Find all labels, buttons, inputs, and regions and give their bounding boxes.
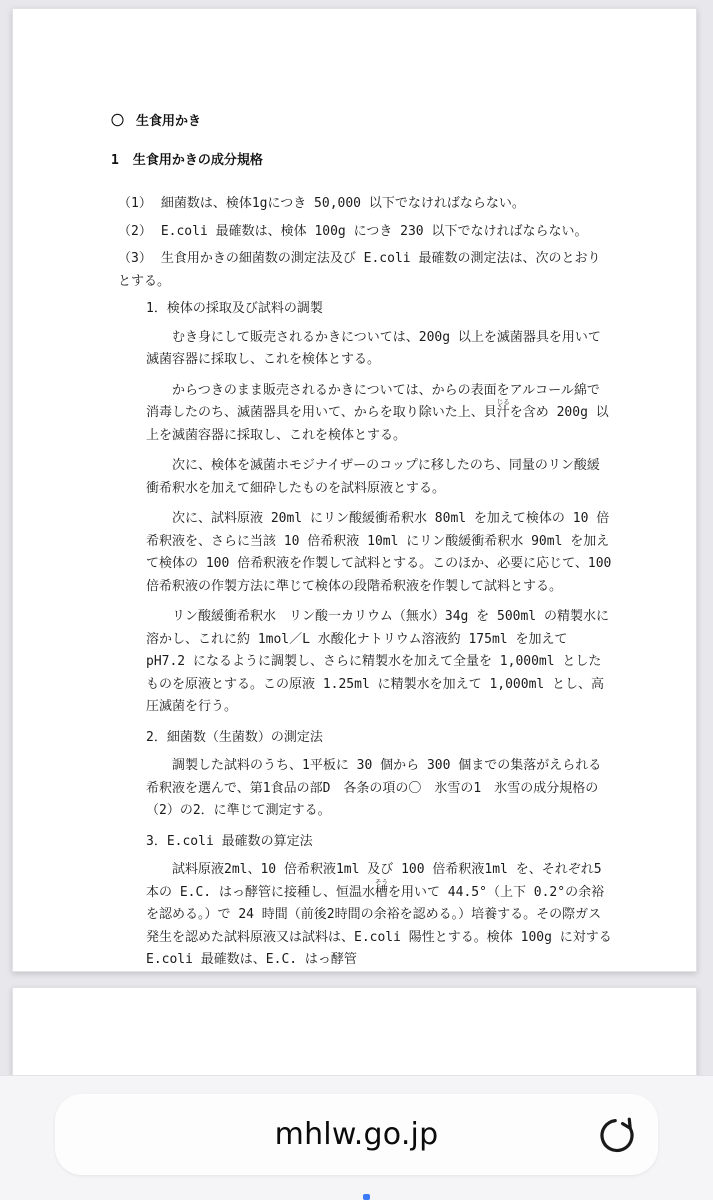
document-body: 〇生食用かき 1生食用かきの成分規格 （1）細菌数は、検体1gにつき 50,00…: [111, 111, 612, 980]
paragraph: からつきのまま販売されるかきについては、からの表面をアルコール綿で消毒したのち、…: [146, 380, 612, 448]
section-title: 生食用かきの成分規格: [133, 153, 263, 168]
ruby-text: じる: [497, 398, 510, 406]
url-text[interactable]: mhlw.go.jp: [275, 1117, 439, 1152]
subsection-heading-3: 3．E.coli 最確数の算定法: [146, 831, 612, 854]
circle-mark: 〇: [111, 114, 124, 129]
item-label: （3）: [118, 251, 152, 266]
paragraph: 次に、検体を滅菌ホモジナイザーのコップに移したのち、同量のリン酸緩衝希釈水を加え…: [146, 455, 612, 500]
safari-reload-icon: [595, 1112, 641, 1158]
subsection-heading-1: 1．検体の採取及び試料の調製: [146, 298, 612, 321]
paragraph: むき身にして販売されるかきについては、200g 以上を滅菌器具を用いて滅菌容器に…: [146, 327, 612, 372]
ruby-text: そう: [375, 878, 388, 886]
list-item-2: （2）E.coli 最確数は、検体 100g につき 230 以下でなければなら…: [118, 221, 612, 244]
ruby-annotation: 汁じる: [497, 405, 510, 420]
item-text: 生食用かきの細菌数の測定法及び E.coli 最確数の測定法は、次のとおりとする…: [118, 251, 600, 289]
url-bar[interactable]: mhlw.go.jp: [55, 1094, 658, 1175]
item-label: （1）: [118, 196, 152, 211]
paragraph: 調製した試料のうち、1平板に 30 個から 300 個までの集落がえられる希釈液…: [146, 755, 612, 823]
paragraph: 次に、試料原液 20ml にリン酸緩衝希釈水 80ml を加えて検体の 10 倍…: [146, 508, 612, 598]
paragraph: リン酸緩衝希釈水 リン酸一カリウム（無水）34g を 500ml の精製水に溶か…: [146, 606, 612, 719]
ruby-base: 汁: [497, 405, 510, 420]
paragraph: 試料原液2ml、10 倍希釈液1ml 及び 100 倍希釈液1ml を、それぞれ…: [146, 859, 612, 972]
subsection-heading-2: 2．細菌数（生菌数）の測定法: [146, 727, 612, 750]
safari-browser-screen: 〇生食用かき 1生食用かきの成分規格 （1）細菌数は、検体1gにつき 50,00…: [0, 0, 713, 1200]
ruby-base: 槽: [375, 885, 388, 900]
item-text: E.coli 最確数は、検体 100g につき 230 以下でなければならない。: [161, 224, 588, 239]
progress-indicator: [363, 1194, 370, 1200]
ruby-annotation: 槽そう: [375, 885, 388, 900]
pdf-page-1: 〇生食用かき 1生食用かきの成分規格 （1）細菌数は、検体1gにつき 50,00…: [12, 8, 697, 972]
list-item-3: （3）生食用かきの細菌数の測定法及び E.coli 最確数の測定法は、次のとおり…: [118, 248, 612, 293]
section-heading: 1生食用かきの成分規格: [111, 150, 612, 173]
document-title: 生食用かき: [136, 114, 201, 129]
document-title-line: 〇生食用かき: [111, 111, 612, 134]
safari-bottom-toolbar: mhlw.go.jp: [0, 1075, 713, 1200]
section-number: 1: [111, 153, 119, 168]
item-label: （2）: [118, 224, 152, 239]
list-item-1: （1）細菌数は、検体1gにつき 50,000 以下でなければならない。: [118, 193, 612, 216]
reload-button[interactable]: [594, 1111, 642, 1159]
item-text: 細菌数は、検体1gにつき 50,000 以下でなければならない。: [161, 196, 525, 211]
